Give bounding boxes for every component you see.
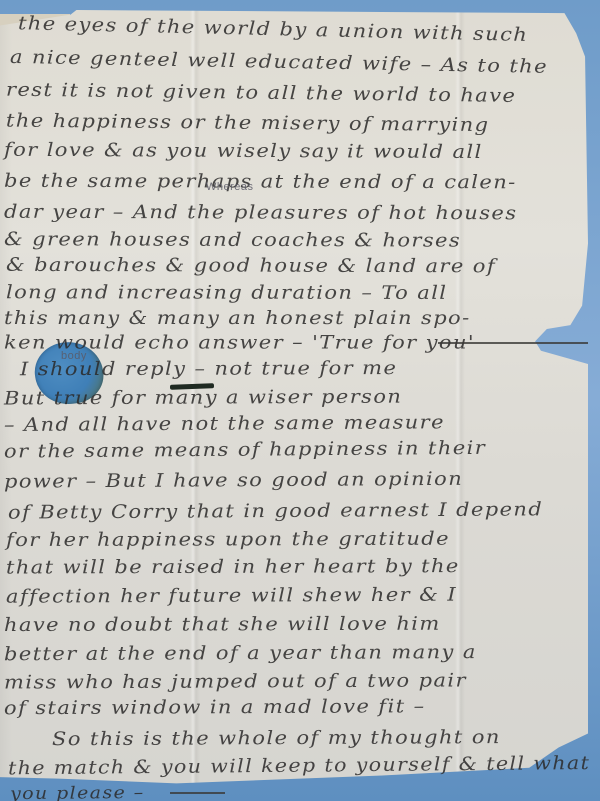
letter-line: for her happiness upon the gratitude [6,528,450,551]
pencil-annotation: Whereas [206,181,254,193]
letter-line: the happiness or the misery of marrying [6,110,490,136]
underline-closing [170,792,225,794]
handwritten-text: the eyes of the world by a union with su… [0,0,600,709]
letter-line: the eyes of the world by a union with su… [18,12,529,45]
letter-line: for love & as you wisely say it would al… [4,139,483,162]
letter-line: power – But I have so good an opinion [4,468,463,492]
letter-line: rest it is not given to all the world to… [6,79,517,107]
letter-line: affection her future will shew her & I [6,584,457,607]
letter-line: of Betty Corry that in good earnest I de… [8,498,543,523]
letter-line: & green houses and coaches & horses [4,228,461,251]
backdrop: the eyes of the world by a union with su… [0,0,600,801]
letter-line: & barouches & good house & land are of [6,254,496,277]
letter-line: But true for many a wiser person [4,386,402,409]
letter-line: be the same perhaps at the end of a cale… [4,170,517,193]
letter-line: – And all have not the same measure [4,411,445,435]
letter-line: have no doubt that she will love him [4,613,441,636]
letter-line: that will be raised in her heart by the [6,555,460,578]
letter-line: the match & you will keep to yourself & … [8,752,590,779]
letter-line: or the same means of happiness in their [4,437,486,462]
letter-line: long and increasing duration – To all [6,281,447,303]
letter-line: a nice genteel well educated wife – As t… [10,46,548,77]
letter-line: you please – [10,783,145,801]
letter-line: better at the end of a year than many a [4,641,477,664]
letter-line: So this is the whole of my thought on [52,726,501,749]
letter-line: of stairs window in a mad love fit – [4,695,426,718]
pencil-annotation: body [61,350,87,362]
letter-line: miss who has jumped out of a two pair [4,670,467,693]
letter-line: dar year – And the pleasures of hot hous… [4,201,518,224]
underline-true-for-you [438,342,588,344]
letter-line: this many & many an honest plain spo- [4,307,471,328]
